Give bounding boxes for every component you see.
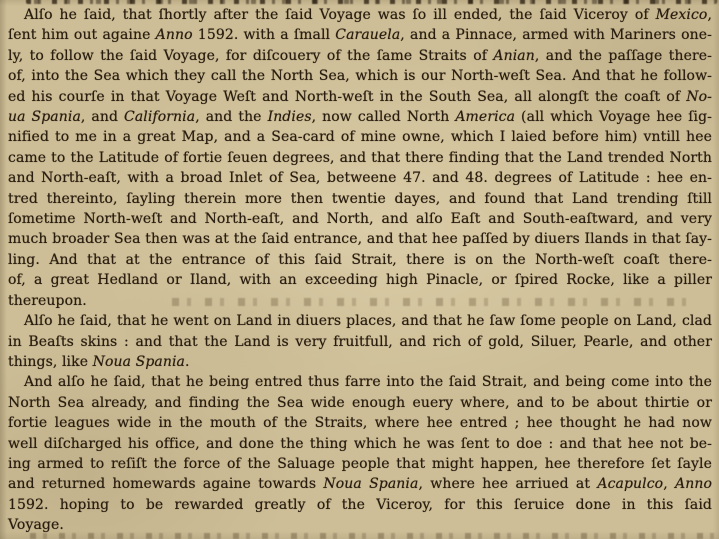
text-line: and returned homewards againe towards No… <box>8 474 712 494</box>
text-line: tred thereinto, ſayling therein more the… <box>8 189 712 209</box>
text-line: of, a great Hedland or Iland, with an ex… <box>8 270 712 290</box>
roman-text: And alſo he ſaid, that he being entred t… <box>24 374 712 390</box>
text-line: ling. And that at the entrance of this ſ… <box>8 250 712 270</box>
page-text: Alſo he ſaid, that ſhortly after the ſai… <box>8 5 712 536</box>
italic-text: California <box>124 109 195 125</box>
roman-text: 1592. with a ſmall <box>193 27 336 43</box>
roman-text: things, like <box>8 354 93 370</box>
italic-text: Mexico <box>656 7 708 23</box>
text-line: Alſo he ſaid, that he went on Land in di… <box>8 311 712 331</box>
text-line: fortie leagues wide in the mouth of the … <box>8 413 712 433</box>
cropped-text-top <box>26 0 717 4</box>
text-line: much broader Sea then was at the ſaid en… <box>8 229 712 249</box>
paragraph: And alſo he ſaid, that he being entred t… <box>8 372 712 535</box>
roman-text: , and <box>81 109 124 125</box>
text-line: well diſcharged his office, and done the… <box>8 434 712 454</box>
italic-text: America <box>455 109 515 125</box>
text-line: North Sea already, and finding the Sea w… <box>8 393 712 413</box>
text-line: and North-eaſt, with a broad Inlet of Se… <box>8 168 712 188</box>
italic-text: No- <box>686 89 712 105</box>
roman-text: came to the Latitude of fortie ſeuen deg… <box>8 150 712 166</box>
italic-text: ua Spania <box>8 109 81 125</box>
paragraph: Alſo he ſaid, that ſhortly after the ſai… <box>8 5 712 311</box>
italic-text: Carauela <box>335 27 400 43</box>
roman-text: ed his courſe in that Voyage Weſt and No… <box>8 89 686 105</box>
text-line: Alſo he ſaid, that ſhortly after the ſai… <box>8 5 712 25</box>
roman-text: well diſcharged his office, and done the… <box>8 436 712 452</box>
scanned-page: Alſo he ſaid, that ſhortly after the ſai… <box>0 0 719 539</box>
roman-text: ſometime North-weſt and North-eaſt, and … <box>8 211 712 227</box>
text-line: ua Spania, and California, and the Indie… <box>8 107 712 127</box>
text-line: ly, to follow the ſaid Voyage, for diſco… <box>8 46 712 66</box>
roman-text: Alſo he ſaid, that he went on Land in di… <box>24 313 712 329</box>
roman-text: . <box>185 354 190 370</box>
roman-text: fortie leagues wide in the mouth of the … <box>8 415 712 431</box>
italic-text: Anno <box>675 476 712 492</box>
italic-text: Indies <box>268 109 312 125</box>
roman-text: Voyage. <box>8 517 64 533</box>
italic-text: Anian <box>493 48 534 64</box>
roman-text: North Sea already, and finding the Sea w… <box>8 395 712 411</box>
roman-text: in Beaſts skins : and that the Land is v… <box>8 334 712 350</box>
italic-text: Acapulco <box>597 476 663 492</box>
italic-text: Anno <box>156 27 193 43</box>
roman-text: , now called North <box>312 109 456 125</box>
text-line: ſometime North-weſt and North-eaſt, and … <box>8 209 712 229</box>
roman-text: ing armed to reſiſt the force of the Sal… <box>8 456 712 472</box>
text-line: came to the Latitude of fortie ſeuen deg… <box>8 148 712 168</box>
roman-text: , and the paſſage there- <box>535 48 712 64</box>
cropped-text-bottom <box>30 533 715 539</box>
paragraph: Alſo he ſaid, that he went on Land in di… <box>8 311 712 372</box>
roman-text: ly, to follow the ſaid Voyage, for diſco… <box>8 48 493 64</box>
roman-text: thereupon. <box>8 293 87 309</box>
roman-text: ling. And that at the entrance of this ſ… <box>8 252 712 268</box>
text-line: in Beaſts skins : and that the Land is v… <box>8 332 712 352</box>
roman-text: tred thereinto, ſayling therein more the… <box>8 191 712 207</box>
roman-text: and North-eaſt, with a broad Inlet of Se… <box>8 170 712 186</box>
roman-text: of, a great Hedland or Iland, with an ex… <box>8 272 712 288</box>
text-line: things, like Noua Spania. <box>8 352 712 372</box>
roman-text: , <box>707 7 712 23</box>
roman-text: Alſo he ſaid, that ſhortly after the ſai… <box>24 7 656 23</box>
roman-text: , and the <box>195 109 267 125</box>
roman-text: , <box>663 476 675 492</box>
roman-text: (all which Voyage hee ſig- <box>515 109 712 125</box>
text-line: of, into the Sea which they call the Nor… <box>8 66 712 86</box>
roman-text: ſent him out againe <box>8 27 156 43</box>
roman-text: 1592. hoping to be rewarded greatly of t… <box>8 497 712 513</box>
text-line: ing armed to reſiſt the force of the Sal… <box>8 454 712 474</box>
text-line: ſent him out againe Anno 1592. with a ſm… <box>8 25 712 45</box>
roman-text: and returned homewards againe towards <box>8 476 323 492</box>
italic-text: Noua Spania <box>93 354 185 370</box>
roman-text: , and a Pinnace, armed with Mariners one… <box>400 27 712 43</box>
roman-text: , where hee arriued at <box>418 476 597 492</box>
roman-text: much broader Sea then was at the ſaid en… <box>8 231 712 247</box>
roman-text: of, into the Sea which they call the Nor… <box>8 68 712 84</box>
text-line: And alſo he ſaid, that he being entred t… <box>8 372 712 392</box>
text-line: nified to me in a great Map, and a Sea-c… <box>8 127 712 147</box>
roman-text: nified to me in a great Map, and a Sea-c… <box>8 129 712 145</box>
text-line: ed his courſe in that Voyage Weſt and No… <box>8 87 712 107</box>
italic-text: Noua Spania <box>323 476 418 492</box>
text-line: 1592. hoping to be rewarded greatly of t… <box>8 495 712 515</box>
show-through-ghost <box>172 298 692 306</box>
